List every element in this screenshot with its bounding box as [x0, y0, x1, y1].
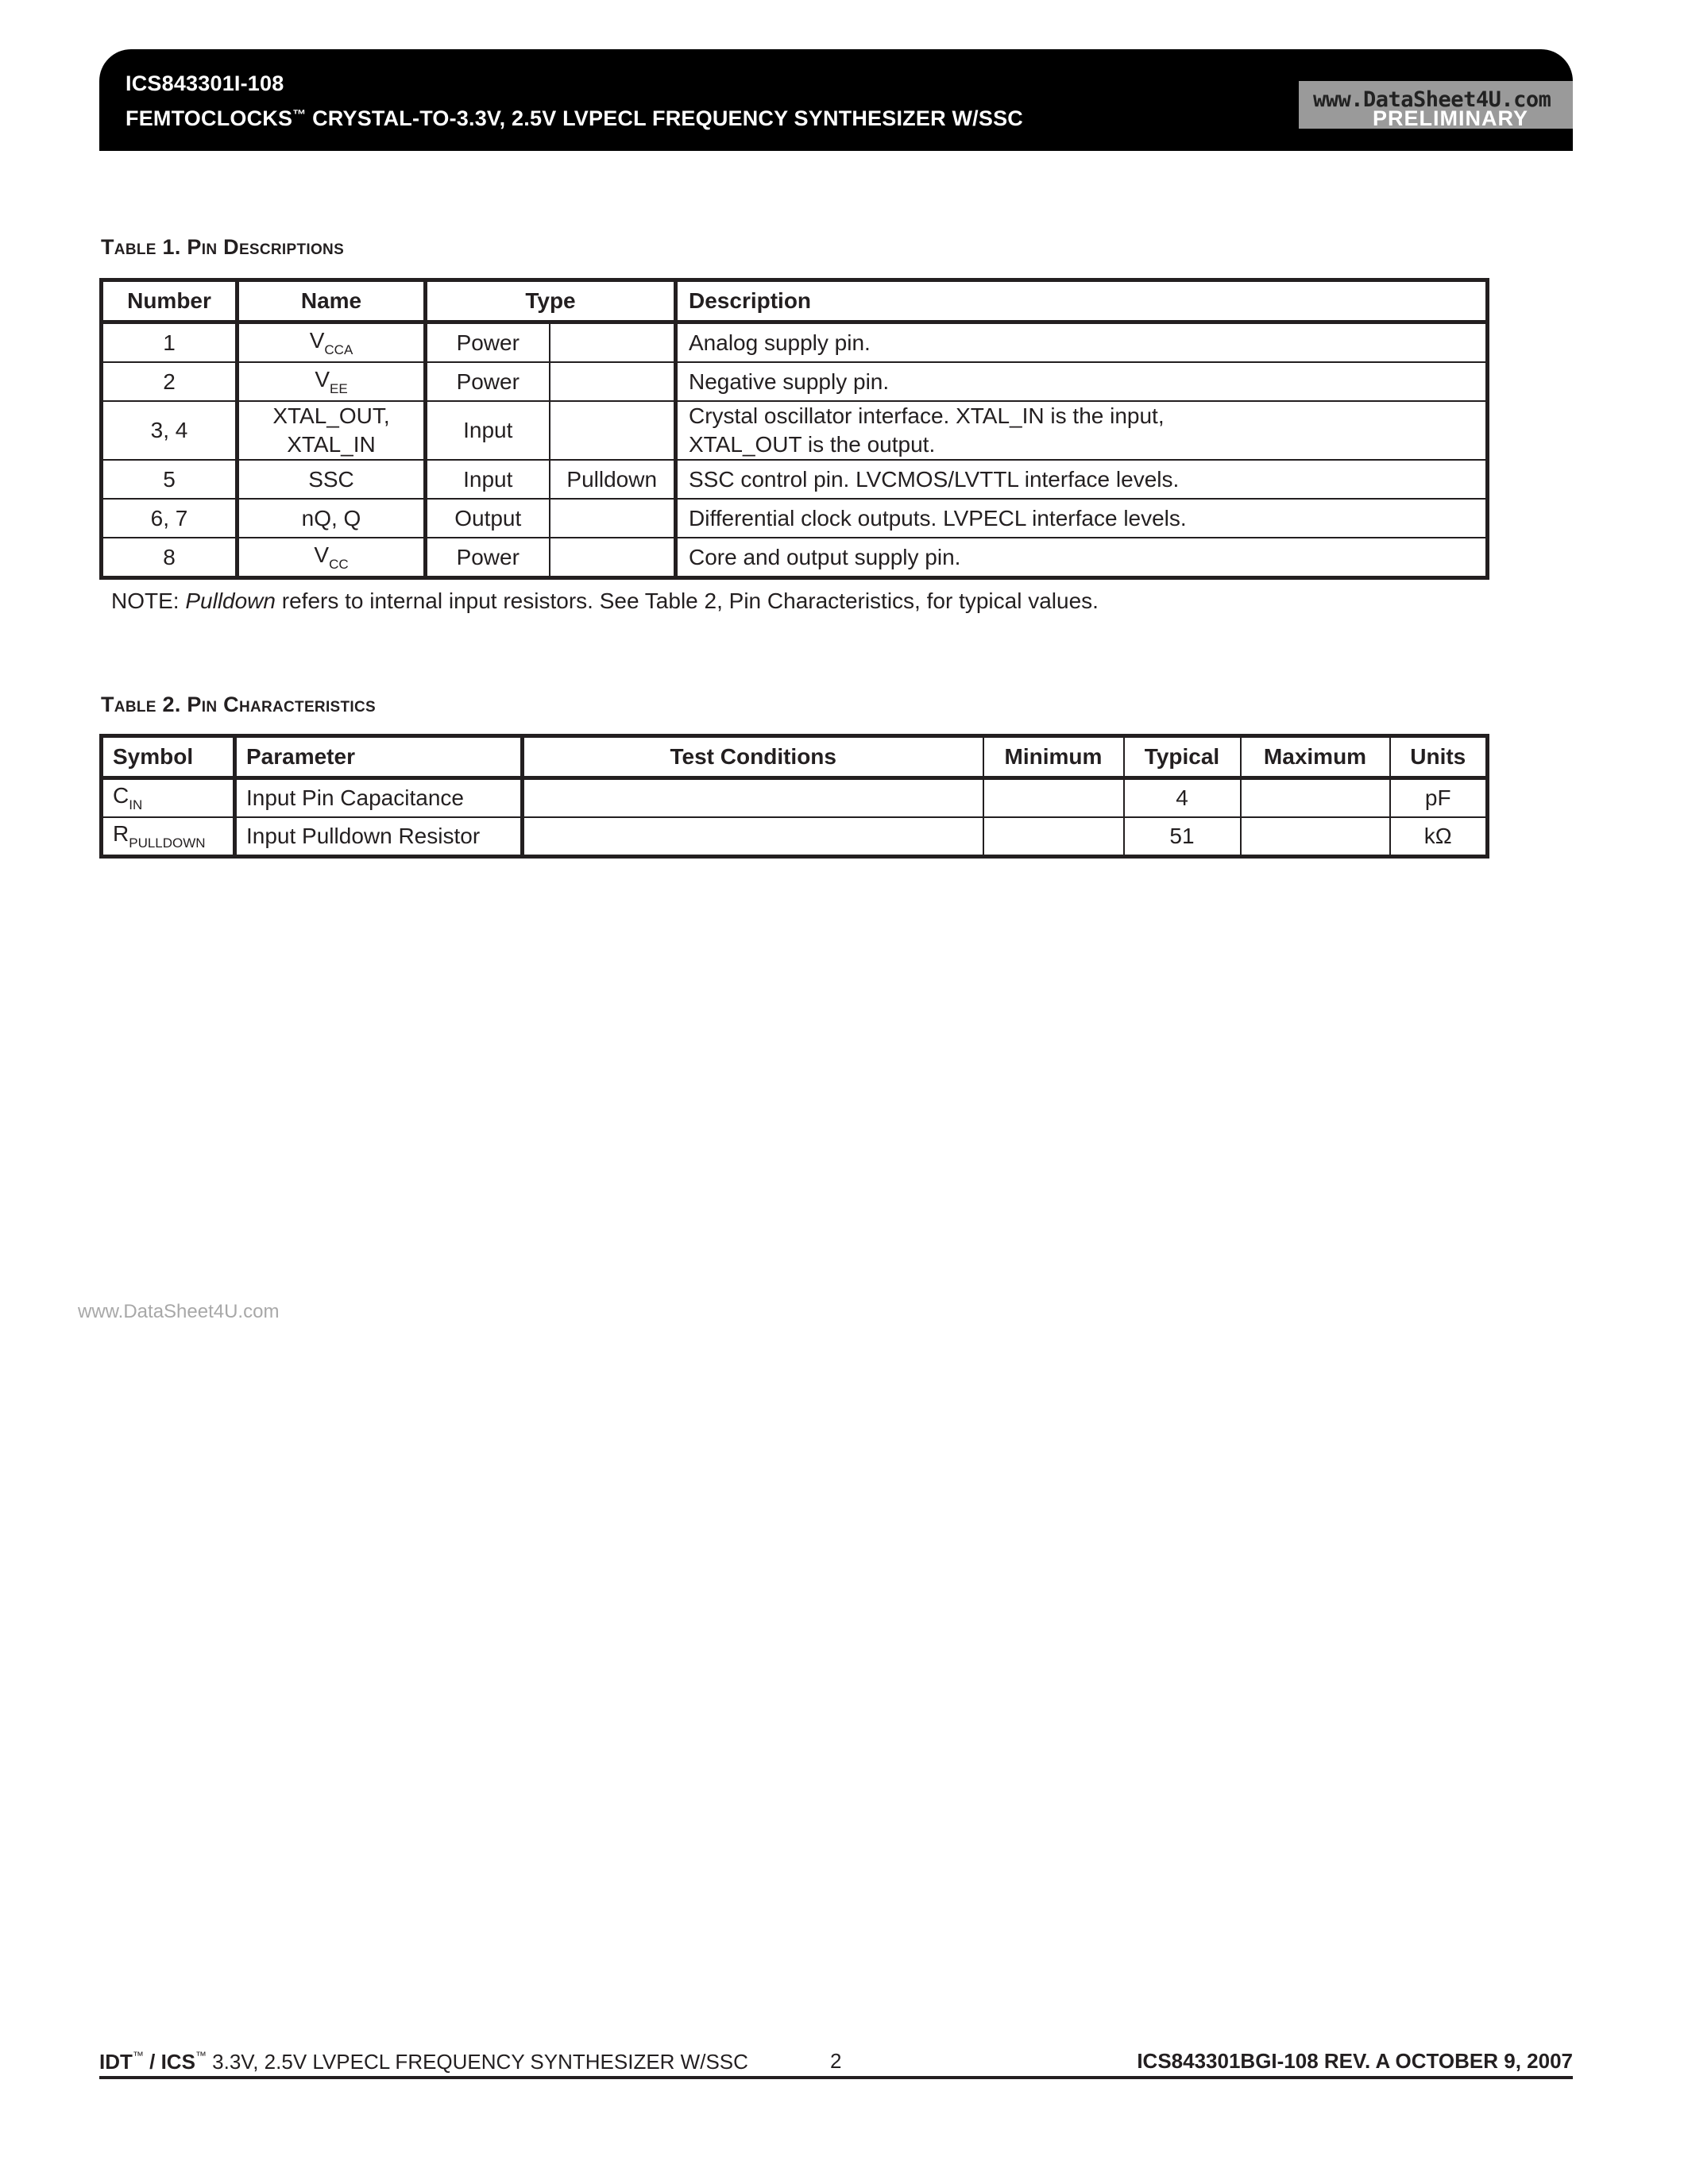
- table-row: 1 VCCA Power Analog supply pin.: [102, 322, 1488, 363]
- maximum-cell: [1241, 817, 1390, 857]
- parameter-cell: Input Pulldown Resistor: [235, 817, 523, 857]
- maximum-cell: [1241, 778, 1390, 818]
- col-header-test-conditions: Test Conditions: [523, 736, 983, 778]
- symbol-cell: RPULLDOWN: [102, 817, 235, 857]
- pin-type-attr: [550, 538, 676, 578]
- minimum-cell: [983, 817, 1124, 857]
- pin-description: Crystal oscillator interface. XTAL_IN is…: [676, 401, 1488, 460]
- pin-number: 2: [102, 362, 238, 401]
- table-row: 2 VEE Power Negative supply pin.: [102, 362, 1488, 401]
- pin-description: Analog supply pin.: [676, 322, 1488, 363]
- document-header-bar: ICS843301I-108 FEMTOCLOCKS™ CRYSTAL-TO-3…: [99, 49, 1573, 151]
- footer-title: IDT™ / ICS™ 3.3V, 2.5V LVPECL FREQUENCY …: [99, 2049, 748, 2074]
- table2-caption: Table 2. Pin Characteristics: [101, 693, 376, 717]
- subtitle-prefix: FEMTOCLOCKS: [126, 106, 292, 130]
- test-conditions-cell: [523, 817, 983, 857]
- watermark-text[interactable]: www.DataSheet4U.com: [78, 1301, 279, 1323]
- pin-description: Negative supply pin.: [676, 362, 1488, 401]
- col-header-units: Units: [1390, 736, 1488, 778]
- pin-description: Differential clock outputs. LVPECL inter…: [676, 499, 1488, 538]
- col-header-description: Description: [676, 280, 1488, 322]
- pin-number: 1: [102, 322, 238, 363]
- pin-name: VCC: [238, 538, 426, 578]
- pin-type-attr: [550, 322, 676, 363]
- pin-characteristics-table: Symbol Parameter Test Conditions Minimum…: [99, 734, 1489, 859]
- col-header-number: Number: [102, 280, 238, 322]
- pin-number: 8: [102, 538, 238, 578]
- trademark-symbol: ™: [292, 107, 306, 122]
- units-cell: kΩ: [1390, 817, 1488, 857]
- typical-cell: 51: [1124, 817, 1241, 857]
- pin-type-attr: Pulldown: [550, 460, 676, 499]
- pin-number: 3, 4: [102, 401, 238, 460]
- pin-name: XTAL_OUT,XTAL_IN: [238, 401, 426, 460]
- col-header-minimum: Minimum: [983, 736, 1124, 778]
- table-row: 6, 7 nQ, Q Output Differential clock out…: [102, 499, 1488, 538]
- pin-type-attr: [550, 362, 676, 401]
- table-header-row: Symbol Parameter Test Conditions Minimum…: [102, 736, 1488, 778]
- pin-type: Output: [426, 499, 550, 538]
- pin-name: SSC: [238, 460, 426, 499]
- part-number: ICS843301I-108: [126, 71, 284, 96]
- document-subtitle: FEMTOCLOCKS™ CRYSTAL-TO-3.3V, 2.5V LVPEC…: [126, 106, 1023, 131]
- pin-type-attr: [550, 401, 676, 460]
- pin-descriptions-table: Number Name Type Description 1 VCCA Powe…: [99, 278, 1489, 580]
- table-header-row: Number Name Type Description: [102, 280, 1488, 322]
- pin-description: Core and output supply pin.: [676, 538, 1488, 578]
- test-conditions-cell: [523, 778, 983, 818]
- pin-type: Power: [426, 362, 550, 401]
- pin-type: Power: [426, 322, 550, 363]
- col-header-parameter: Parameter: [235, 736, 523, 778]
- col-header-type: Type: [426, 280, 676, 322]
- pin-type: Power: [426, 538, 550, 578]
- table1-note: NOTE: Pulldown refers to internal input …: [111, 588, 1099, 614]
- table-row: 8 VCC Power Core and output supply pin.: [102, 538, 1488, 578]
- parameter-cell: Input Pin Capacitance: [235, 778, 523, 818]
- col-header-maximum: Maximum: [1241, 736, 1390, 778]
- document-revision: ICS843301BGI-108 REV. A OCTOBER 9, 2007: [1137, 2049, 1573, 2074]
- pin-name: VEE: [238, 362, 426, 401]
- pin-description: SSC control pin. LVCMOS/LVTTL interface …: [676, 460, 1488, 499]
- col-header-typical: Typical: [1124, 736, 1241, 778]
- table-row: 3, 4 XTAL_OUT,XTAL_IN Input Crystal osci…: [102, 401, 1488, 460]
- units-cell: pF: [1390, 778, 1488, 818]
- col-header-symbol: Symbol: [102, 736, 235, 778]
- pin-number: 6, 7: [102, 499, 238, 538]
- typical-cell: 4: [1124, 778, 1241, 818]
- pin-type: Input: [426, 401, 550, 460]
- pin-type-attr: [550, 499, 676, 538]
- table-row: CIN Input Pin Capacitance 4 pF: [102, 778, 1488, 818]
- table1-caption: Table 1. Pin Descriptions: [101, 235, 344, 260]
- subtitle-rest: CRYSTAL-TO-3.3V, 2.5V LVPECL FREQUENCY S…: [306, 106, 1023, 130]
- minimum-cell: [983, 778, 1124, 818]
- col-header-name: Name: [238, 280, 426, 322]
- footer-divider: [99, 2076, 1573, 2079]
- status-label: PRELIMINARY: [1373, 106, 1528, 131]
- pin-type: Input: [426, 460, 550, 499]
- symbol-cell: CIN: [102, 778, 235, 818]
- pin-number: 5: [102, 460, 238, 499]
- pin-name: nQ, Q: [238, 499, 426, 538]
- table-row: 5 SSC Input Pulldown SSC control pin. LV…: [102, 460, 1488, 499]
- pin-name: VCCA: [238, 322, 426, 363]
- page-number: 2: [830, 2049, 841, 2074]
- table-row: RPULLDOWN Input Pulldown Resistor 51 kΩ: [102, 817, 1488, 857]
